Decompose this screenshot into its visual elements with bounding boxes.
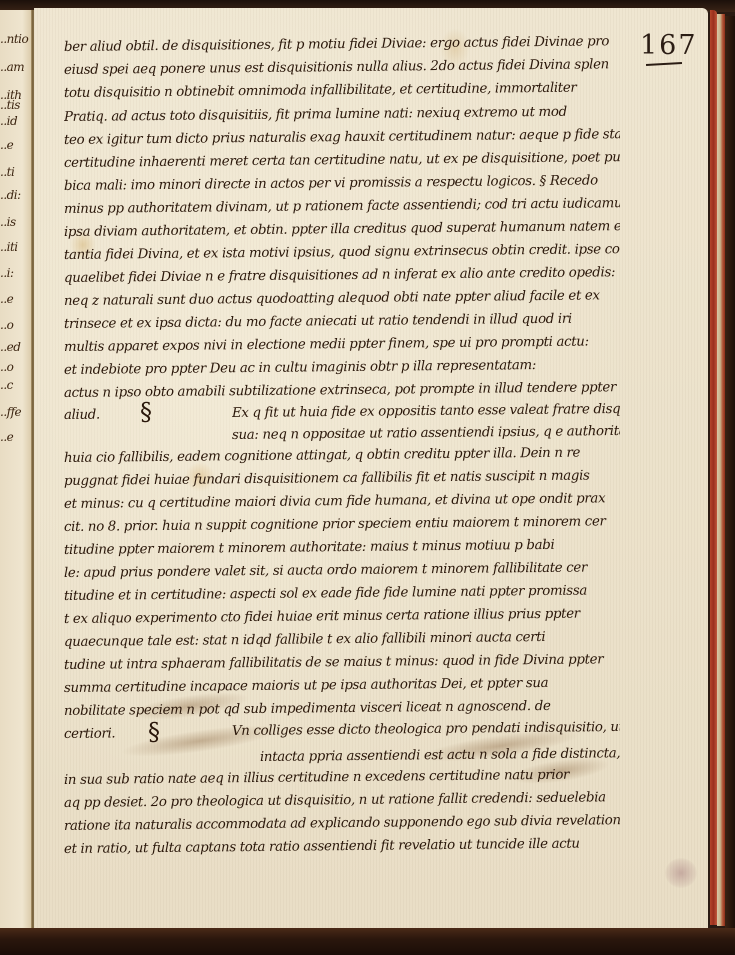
folio-number: 167 <box>640 30 698 61</box>
text-line: aliud. <box>64 407 124 432</box>
facing-fragment: ..o <box>0 360 13 370</box>
facing-fragment: ..e <box>0 138 13 148</box>
red-page-edge <box>710 10 717 925</box>
facing-fragment: ..ith <box>0 88 22 98</box>
facing-fragment: ..id <box>0 114 17 124</box>
facing-page-edge: ..ntio ..am ..ith ..tis ..id ..e ..ti ..… <box>0 10 32 930</box>
facing-fragment: ..ti <box>0 165 14 175</box>
text-line: Vn colliges esse dicto theologica pro pe… <box>232 720 620 748</box>
section-mark: § <box>140 398 152 426</box>
facing-fragment: ..o <box>0 318 13 328</box>
book-cover-edge <box>725 16 735 928</box>
facing-fragment: ..is <box>0 215 16 225</box>
facing-fragment: ..iti <box>0 240 18 250</box>
section-mark: § <box>148 718 160 746</box>
facing-fragment: ..di: <box>0 188 21 198</box>
facing-fragment: ..c <box>0 378 13 388</box>
facing-fragment: ..e <box>0 430 13 440</box>
facing-fragment: ..tis <box>0 98 20 108</box>
facing-fragment: ..am <box>0 60 24 70</box>
paper-stain <box>665 858 697 888</box>
page-stack-edge <box>717 14 725 926</box>
book-binding-bottom <box>0 928 735 955</box>
facing-fragment: ..ntio <box>0 32 28 42</box>
facing-fragment: ..e <box>0 292 13 302</box>
facing-fragment: ..ed <box>0 340 20 350</box>
facing-fragment: ..ffe <box>0 405 21 415</box>
facing-fragment: ..i: <box>0 266 14 276</box>
text-line: certiori. <box>64 726 134 751</box>
